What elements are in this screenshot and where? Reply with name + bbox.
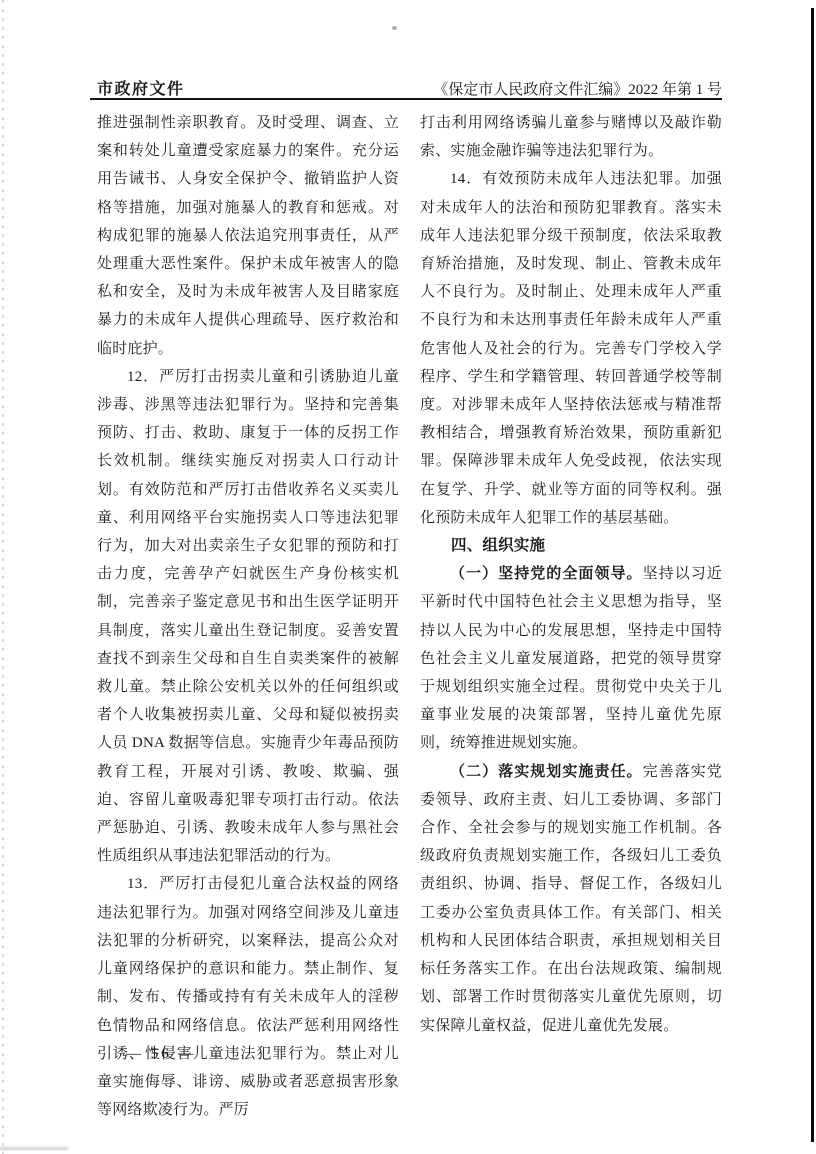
paragraph-sub-2-lead: （二）落实规划实施责任。 [450,764,643,780]
paragraph-sub-1-text: 坚持以习近平新时代中国特色社会主义思想为指导，坚持以人民为中心的发展思想，坚持走… [420,566,722,751]
paragraph-sub-2-text: 完善落实党委领导、政府主责、妇儿工委协调、多部门合作、全社会参与的规划实施工作机… [420,764,722,1034]
paragraph-item-14: 14．有效预防未成年人违法犯罪。加强对未成年人的法治和预防犯罪教育。落实未成年人… [420,165,722,532]
paragraph-item-13-continued: 打击利用网络诱骗儿童参与赌博以及敲诈勒索、实施金融诈骗等违法犯罪行为。 [420,109,722,165]
paragraph-item-13: 13．严厉打击侵犯儿童合法权益的网络违法犯罪行为。加强对网络空间涉及儿童违法犯罪… [97,870,399,1124]
page-number: — 56 — [126,1043,197,1065]
paragraph-continuation: 推进强制性亲职教育。及时受理、调查、立案和转处儿童遭受家庭暴力的案件。充分运用告… [97,109,399,363]
header-rule [90,98,722,100]
scan-right-edge-artifact [811,8,814,1142]
left-column: 推进强制性亲职教育。及时受理、调查、立案和转处儿童遭受家庭暴力的案件。充分运用告… [97,109,399,1124]
right-column: 打击利用网络诱骗儿童参与赌博以及敲诈勒索、实施金融诈骗等违法犯罪行为。 14．有… [420,109,722,1040]
page-header: 市政府文件 《保定市人民政府文件汇编》2022 年第 1 号 [97,76,722,99]
header-compilation-title: 《保定市人民政府文件汇编》2022 年第 1 号 [433,78,722,99]
scanned-document-page: 市政府文件 《保定市人民政府文件汇编》2022 年第 1 号 推进强制性亲职教育… [0,0,816,1154]
paragraph-sub-1: （一）坚持党的全面领导。坚持以习近平新时代中国特色社会主义思想为指导，坚持以人民… [420,560,722,757]
scan-smudge-artifact [0,1147,68,1150]
paragraph-item-12: 12．严厉打击拐卖儿童和引诱胁迫儿童涉毒、涉黑等违法犯罪行为。坚持和完善集预防、… [97,363,399,871]
scan-speck-artifact [392,26,397,30]
header-document-category: 市政府文件 [97,76,185,99]
section-heading-organization-implementation: 四、组织实施 [420,532,722,560]
paragraph-sub-1-lead: （一）坚持党的全面领导。 [450,566,643,582]
scan-left-edge-artifact [2,0,4,1154]
paragraph-sub-2: （二）落实规划实施责任。完善落实党委领导、政府主责、妇儿工委协调、多部门合作、全… [420,758,722,1040]
